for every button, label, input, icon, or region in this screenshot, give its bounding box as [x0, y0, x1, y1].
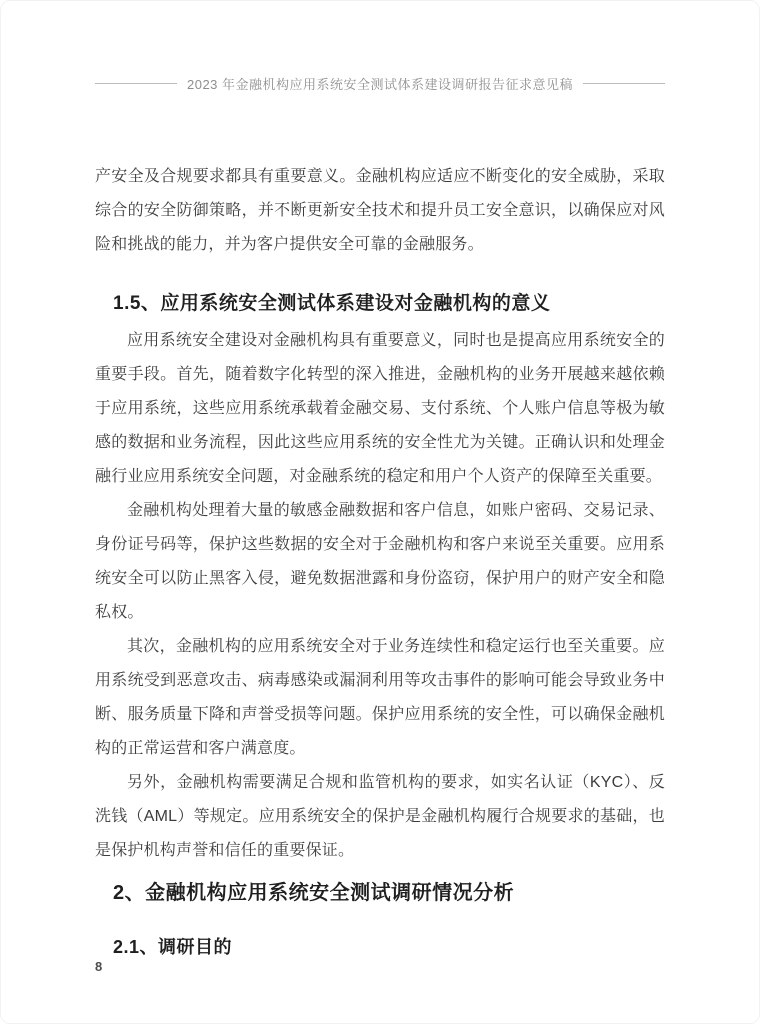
- body-paragraph-continuation: 产安全及合规要求都具有重要意义。金融机构应适应不断变化的安全威胁，采取综合的安全…: [95, 160, 665, 262]
- body-paragraph: 金融机构处理着大量的敏感金融数据和客户信息，如账户密码、交易记录、身份证号码等，…: [95, 494, 665, 630]
- body-paragraph: 另外，金融机构需要满足合规和监管机构的要求，如实名认证（KYC）、反洗钱（AML…: [95, 766, 665, 868]
- header-rule-right: [583, 83, 665, 84]
- section-heading-2: 2、金融机构应用系统安全测试调研情况分析: [95, 878, 665, 908]
- page-content: 产安全及合规要求都具有重要意义。金融机构应适应不断变化的安全威胁，采取综合的安全…: [95, 160, 665, 960]
- body-paragraph: 应用系统安全建设对金融机构具有重要意义，同时也是提高应用系统安全的重要手段。首先…: [95, 324, 665, 494]
- section-heading-1-5: 1.5、应用系统安全测试体系建设对金融机构的意义: [95, 290, 665, 318]
- section-heading-2-1: 2.1、调研目的: [95, 934, 665, 960]
- running-header-title: 2023 年金融机构应用系统安全测试体系建设调研报告征求意见稿: [187, 74, 573, 93]
- section-1-5-body: 应用系统安全建设对金融机构具有重要意义，同时也是提高应用系统安全的重要手段。首先…: [95, 324, 665, 868]
- body-paragraph: 其次，金融机构的应用系统安全对于业务连续性和稳定运行也至关重要。应用系统受到恶意…: [95, 630, 665, 766]
- page-number: 8: [95, 959, 102, 974]
- document-page: 2023 年金融机构应用系统安全测试体系建设调研报告征求意见稿 产安全及合规要求…: [0, 0, 760, 1024]
- running-header: 2023 年金融机构应用系统安全测试体系建设调研报告征求意见稿: [95, 74, 665, 93]
- header-rule-left: [95, 83, 177, 84]
